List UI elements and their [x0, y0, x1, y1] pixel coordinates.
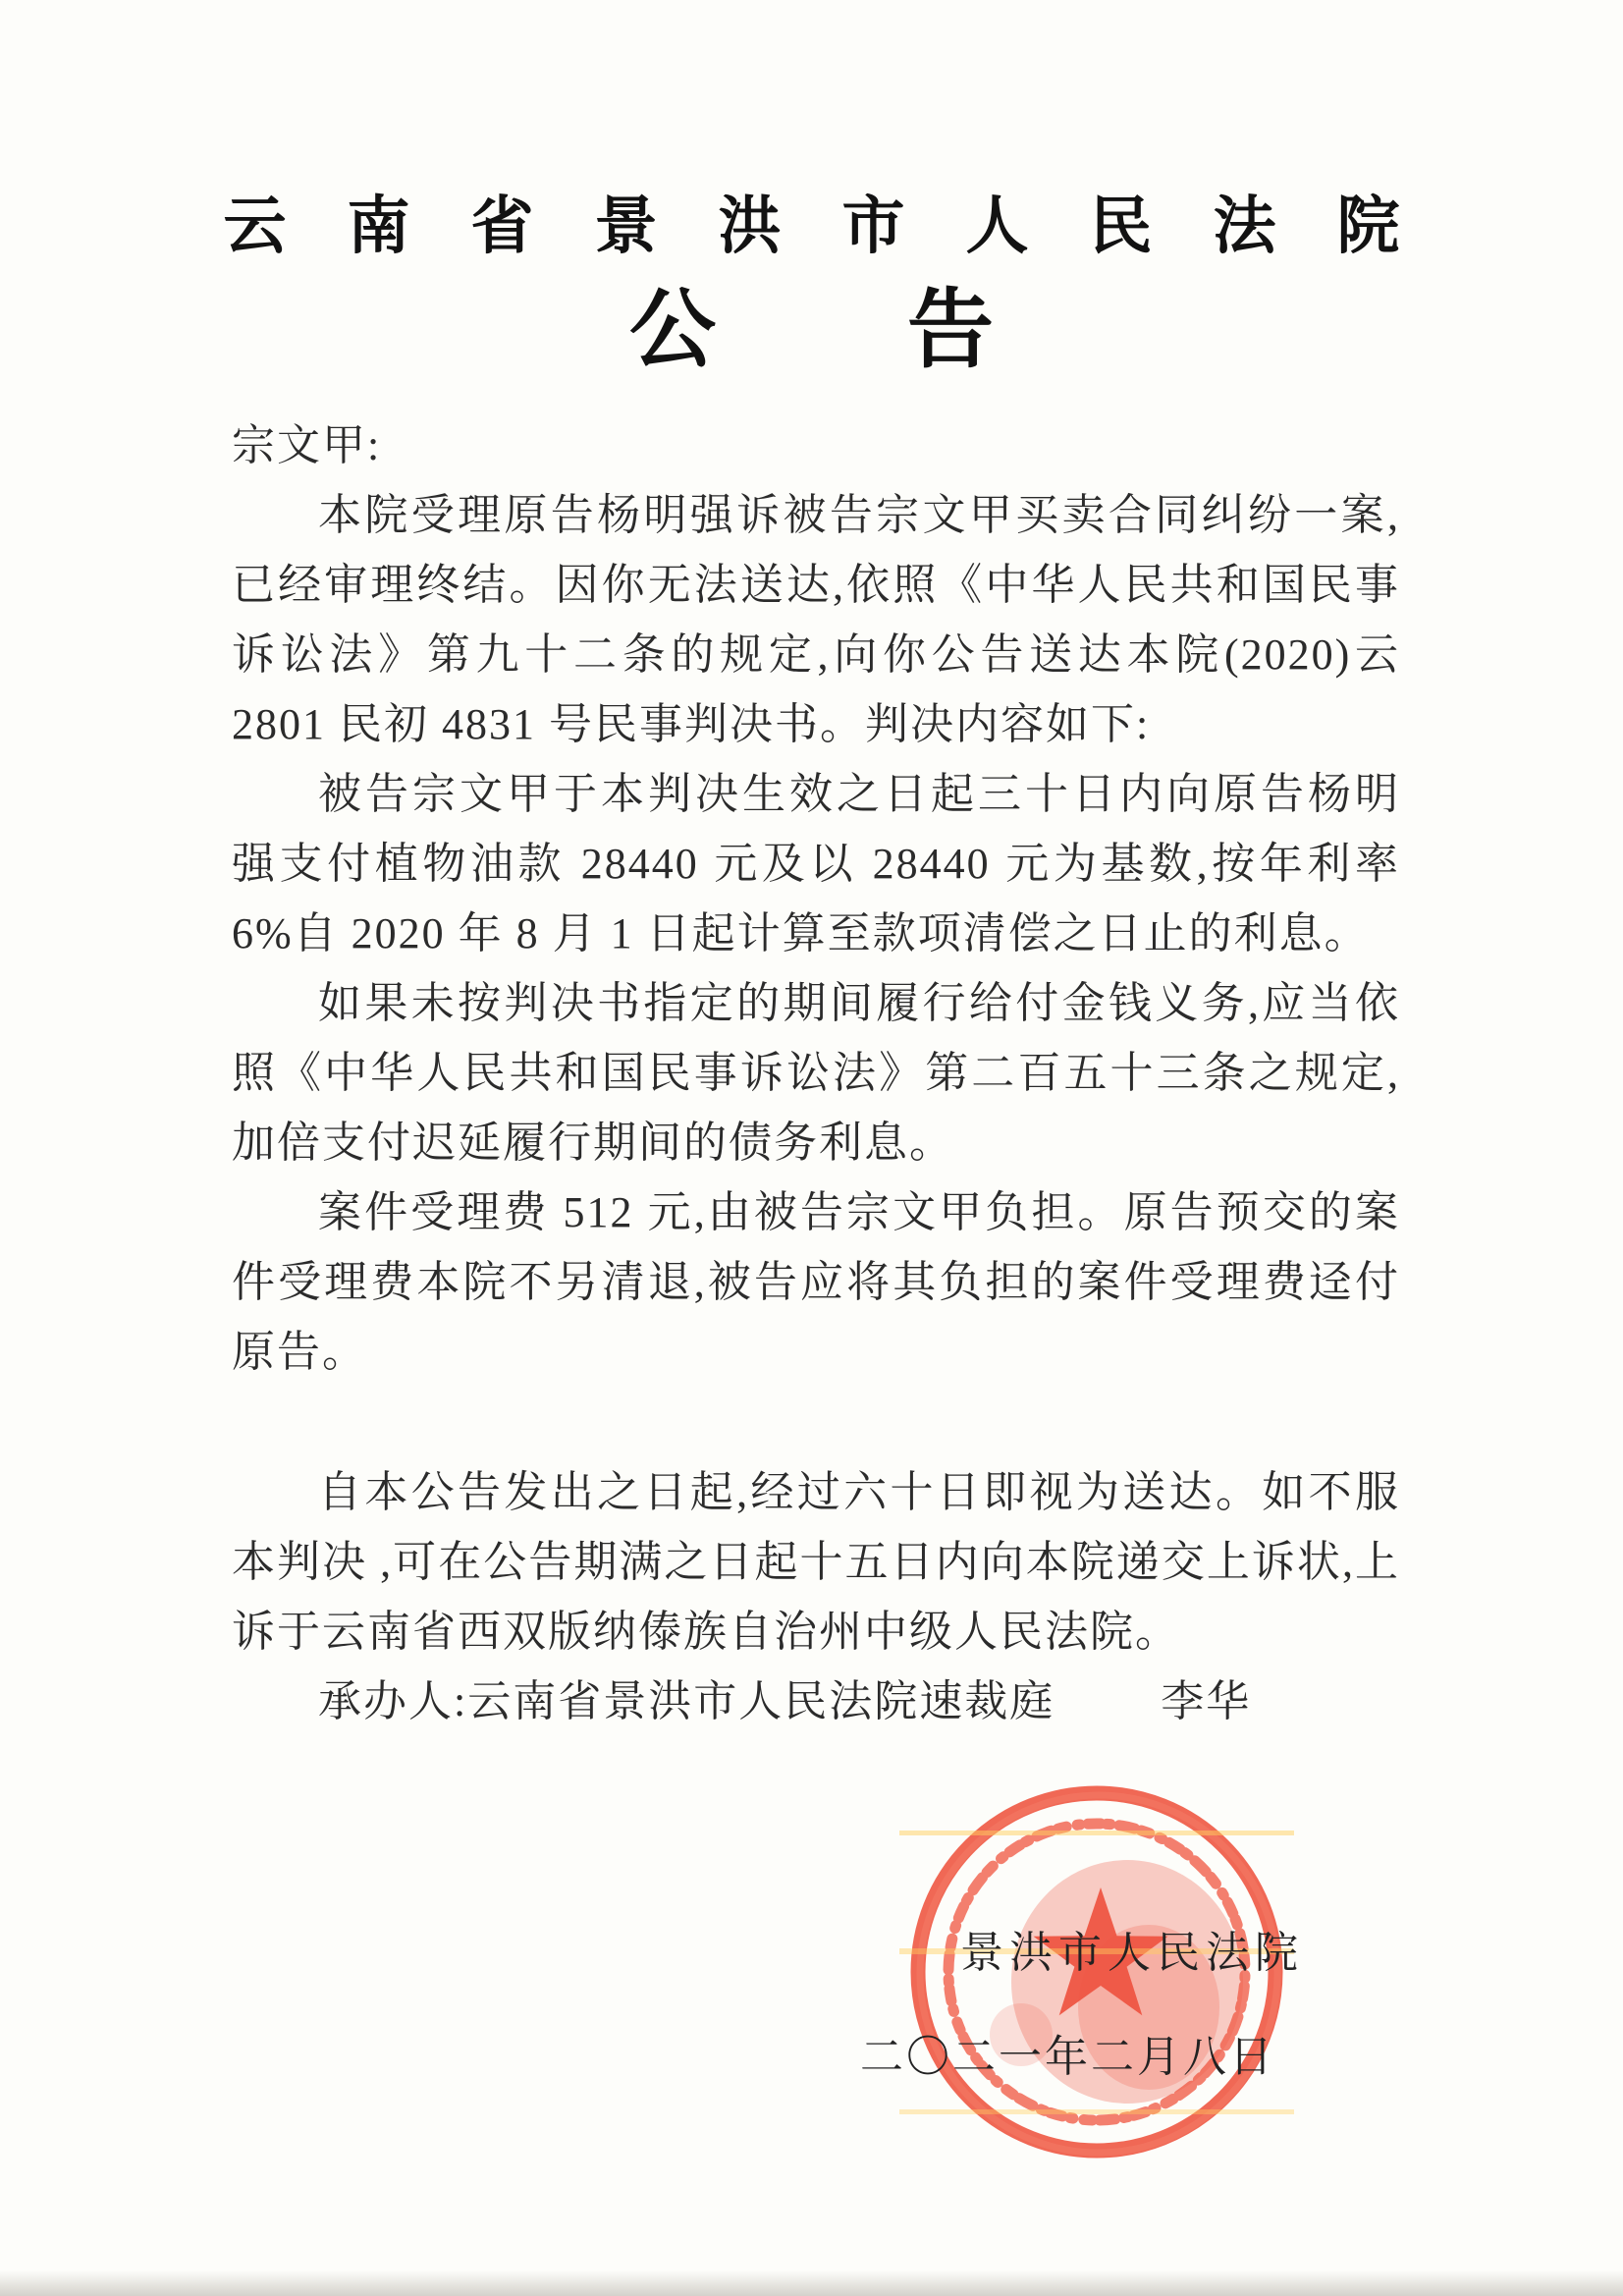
paragraph-court-fee: 案件受理费 512 元,由被告宗文甲负担。原告预交的案件受理费本院不另清退,被告…	[232, 1177, 1400, 1387]
paragraph-service-appeal: 自本公告发出之日起,经过六十日即视为送达。如不服本判决 ,可在公告期满之日起十五…	[232, 1457, 1400, 1667]
scan-streak	[899, 2109, 1294, 2114]
document-page: 云南省景洪市人民法院 公告 宗文甲: 本院受理原告杨明强诉被告宗文甲买卖合同纠纷…	[0, 0, 1623, 2296]
doc-title: 公告	[0, 287, 1623, 373]
doc-title-text: 公告	[629, 281, 1185, 378]
scan-streak	[899, 1831, 1294, 1835]
undertaker-line: 承办人:云南省景洪市人民法院速裁庭李华	[232, 1667, 1400, 1736]
paragraph-late-interest: 如果未按判决书指定的期间履行给付金钱义务,应当依照《中华人民共和国民事诉讼法》第…	[232, 968, 1400, 1177]
scan-edge-shadow	[0, 2270, 1623, 2296]
recipient-line: 宗文甲:	[232, 410, 1400, 480]
signature-date: 二〇二一年二月八日	[860, 2021, 1275, 2084]
signature-court-name: 景洪市人民法院	[960, 1917, 1304, 1980]
court-title-text: 云南省景洪市人民法院	[224, 191, 1461, 261]
undertaker-name: 李华	[1161, 1677, 1251, 1725]
paragraph-judgment-payment: 被告宗文甲于本判决生效之日起三十日内向原告杨明强支付植物油款 28440 元及以…	[232, 759, 1400, 968]
document-body: 宗文甲: 本院受理原告杨明强诉被告宗文甲买卖合同纠纷一案,已经审理终结。因你无法…	[232, 410, 1400, 1736]
paragraph-case-intro: 本院受理原告杨明强诉被告宗文甲买卖合同纠纷一案,已经审理终结。因你无法送达,依照…	[232, 480, 1400, 759]
court-title: 云南省景洪市人民法院	[0, 194, 1623, 257]
undertaker-label: 承办人:云南省景洪市人民法院速裁庭	[318, 1677, 1055, 1725]
